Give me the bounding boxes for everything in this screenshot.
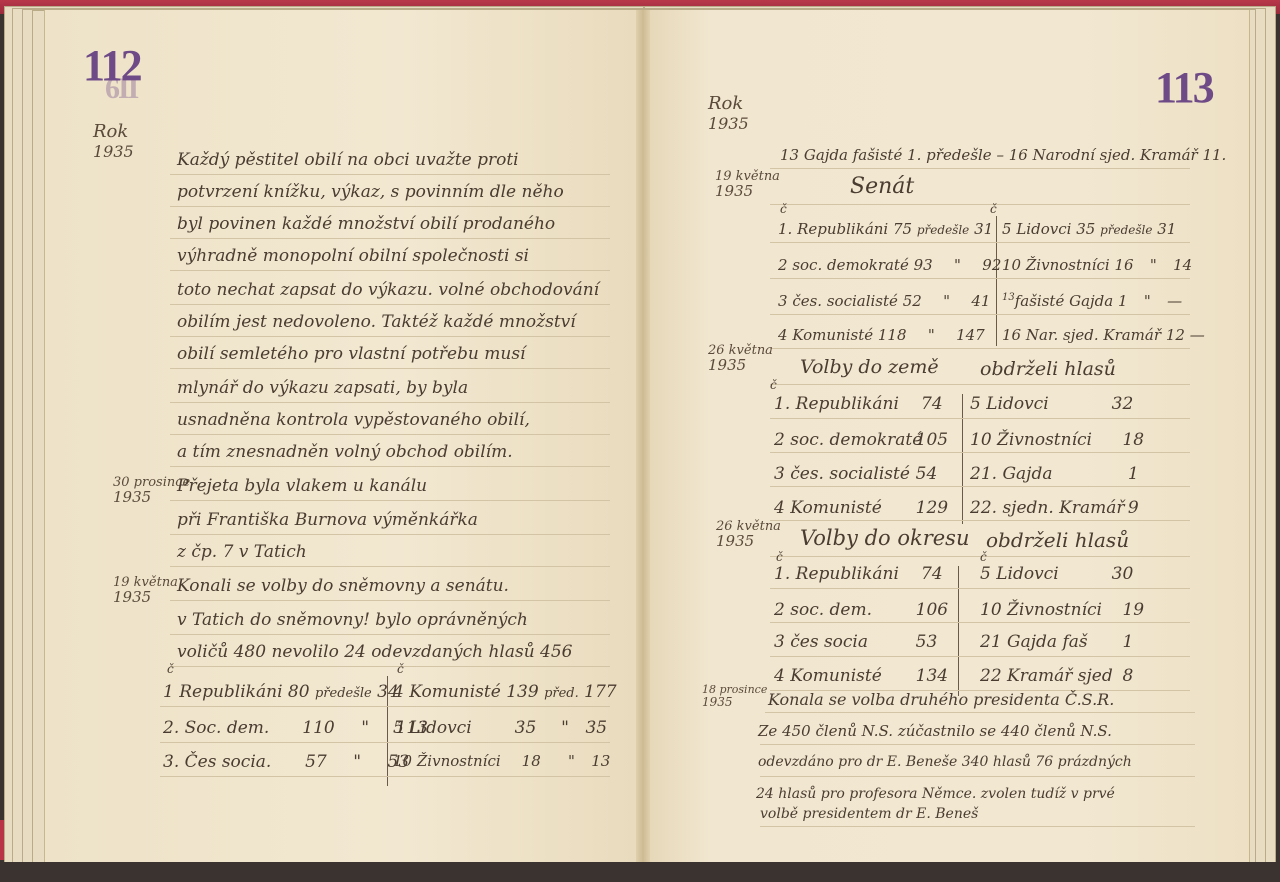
result-row: 4 Komunisté 129 [774,498,948,518]
text-line: 24 hlasů pro profesora Němce. zvolen tud… [756,786,1115,802]
text-line: výhradně monopolní obilní společnosti si [177,246,529,266]
number-marker: č [990,202,997,216]
text-line: Konala se volba druhého presidenta Č.S.R… [768,690,1114,709]
result-row: 1. Republikáni 74 [774,564,943,584]
column-divider [962,394,963,524]
number-marker: č [780,202,787,216]
result-row: 2 soc. dem. 106 [774,600,948,620]
result-row: 22 Kramář sjed 8 [980,666,1133,686]
result-row: 1. Republikáni 75 předešle 31 [778,220,993,238]
text-line: Každý pěstitel obilí na obci uvažte prot… [177,150,519,170]
text-line: toto nechat zapsat do výkazu. volné obch… [177,280,599,300]
text-line: 13 Gajda fašisté 1. předešle – 16 Narodn… [780,146,1226,164]
result-row: 10 Živnostníci 16 " 14 [1002,256,1192,274]
result-row: 4 Komunisté 118 " 147 [778,326,985,344]
number-marker: č [167,662,174,676]
section-heading-right: obdrželi hlasů [980,358,1116,380]
text-line: při Františka Burnova výměnkářka [177,510,478,530]
entry-date: 19 května 1935 [715,170,780,198]
result-row: 5 Lidovci 32 [970,394,1133,414]
result-row: 2 soc. demokraté 93 " 92 [778,256,1001,274]
result-row: 3 čes. socialisté 54 [774,464,937,484]
text-line: usnadněna kontrola vypěstovaného obilí, [177,410,530,430]
text-line: v Tatich do sněmovny! bylo oprávněných [177,610,528,630]
section-heading-right: obdrželi hlasů [986,528,1129,552]
number-marker: č [770,378,777,392]
faint-stamp: 6II [105,72,137,106]
text-line: byl povinen každé množství obilí prodané… [177,214,555,234]
year-label: Rok 1935 [708,94,749,134]
text-line: mlynář do výkazu zapsati, by byla [177,378,468,398]
text-line: Ze 450 členů N.S. zúčastnilo se 440 člen… [758,722,1112,740]
result-row: 4 Komunisté 134 [774,666,948,686]
result-row: 3. Čes socia. 57 " 53 [163,752,409,772]
result-row: 3 čes socia 53 [774,632,937,652]
result-row: 10 Živnostníci 19 [980,600,1144,620]
page-number-stamp: 113 [1155,62,1213,113]
text-line: Konali se volby do sněmovny a senátu. [177,576,509,596]
right-page: 113 Rok 1935 13 Gajda fašisté 1. předešl… [650,10,1250,862]
text-line: obilím jest nedovoleno. Taktéž každé mno… [177,312,576,332]
result-row: 21 Gajda faš 1 [980,632,1133,652]
result-row: 13fašisté Gajda 1 " — [1002,292,1182,310]
result-row: 21. Gajda 1 [970,464,1139,484]
number-marker: č [980,550,987,564]
section-heading: Volby do okresu [800,526,969,550]
left-page: 112 6II Rok 1935 Každý pěstitel obilí na… [44,10,636,862]
result-row: 22. sjedn. Kramář 9 [970,498,1139,518]
entry-date: 26 května 1935 [716,520,781,548]
text-line: a tím znesnadněn volný obchod obilím. [177,442,513,462]
column-divider [996,216,997,346]
result-row: 3 čes. socialisté 52 " 41 [778,292,990,310]
text-line: odevzdáno pro dr E. Beneše 340 hlasů 76 … [758,754,1132,770]
number-marker: č [776,550,783,564]
section-heading: Senát [850,174,914,199]
result-row: 5 Lidovci 30 [980,564,1133,584]
text-line: potvrzení knížku, výkaz, s povinním dle … [177,182,564,202]
result-row: 2 soc. demokraté 105 [774,430,948,450]
result-row: 5 Lidovci 35 " 35 [393,718,607,738]
text-line: Přejeta byla vlakem u kanálu [177,476,427,496]
entry-date: 18 prosince 1935 [702,684,767,708]
result-row: 2. Soc. dem. 110 " 113 [163,718,428,738]
entry-date: 26 května 1935 [708,344,773,372]
text-line: z čp. 7 v Tatich [177,542,307,562]
result-row: 4 Komunisté 139 před. 177 [393,682,617,702]
section-heading: Volby do země [800,356,939,378]
year-label: Rok 1935 [93,122,134,162]
book-gutter [636,10,650,862]
result-row: 10 Živnostníci 18 " 13 [393,752,610,770]
result-row: 10 Živnostníci 18 [970,430,1144,450]
result-row: 1. Republikáni 74 [774,394,943,414]
column-divider [958,566,959,696]
result-row: 1 Republikáni 80 předešle 34 [163,682,399,702]
result-row: 16 Nar. sjed. Kramář 12 — [1002,326,1205,344]
number-marker: č [397,662,404,676]
book-bottom-shadow [0,862,1280,882]
text-line: obilí semletého pro vlastní potřebu musí [177,344,525,364]
text-line: voličů 480 nevolilo 24 odevzdaných hlasů… [177,642,573,662]
entry-date: 19 května 1935 [113,576,178,604]
result-row: 5 Lidovci 35 předešle 31 [1002,220,1176,238]
text-line: volbě presidentem dr E. Beneš [760,806,978,822]
